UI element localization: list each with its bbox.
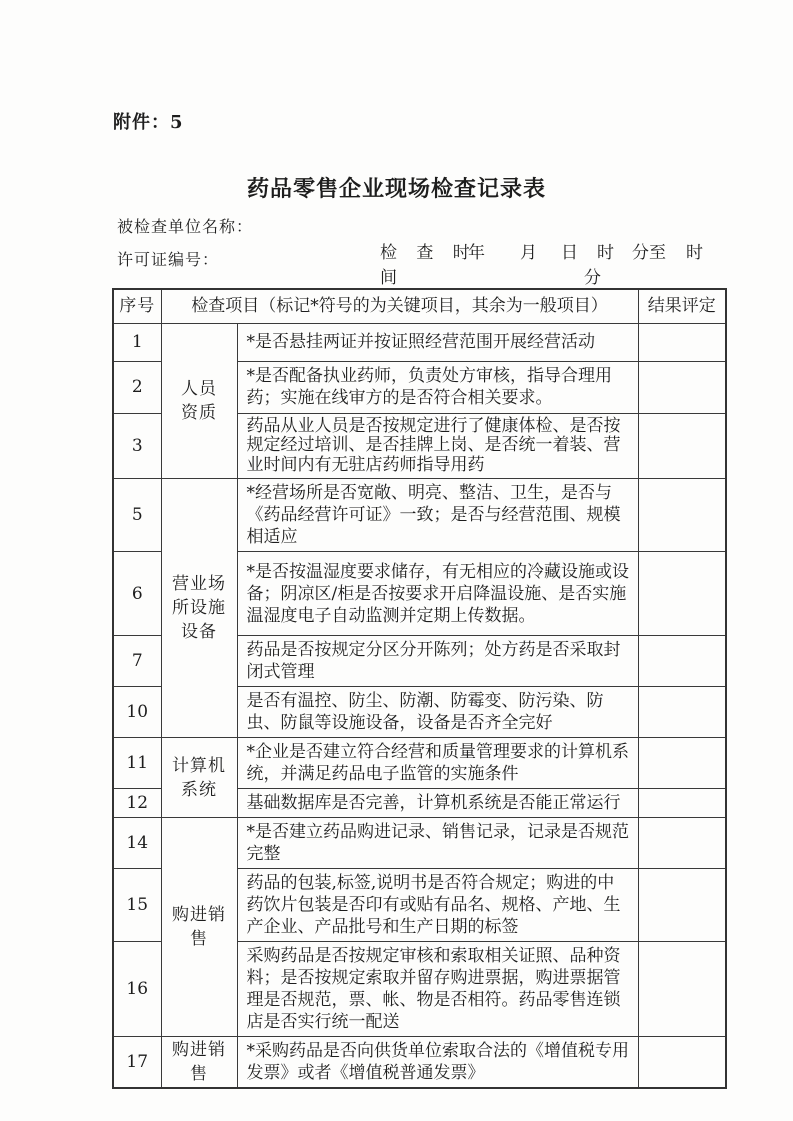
seq-cell: 6	[113, 552, 161, 636]
item-text-cell: *企业是否建立符合经营和质量管理要求的计算机系统，并满足药品电子监管的实施条件	[237, 738, 638, 789]
category-cell-purchase-sales: 购进销 售	[161, 818, 237, 1037]
item-text-cell: *经营场所是否宽敞、明亮、整洁、卫生，是否与《药品经营许可证》一致；是否与经营范…	[237, 479, 638, 552]
table-row: 17 购进销 售 *采购药品是否向供货单位索取合法的《增值税专用发票》或者《增值…	[113, 1037, 726, 1089]
inspection-time-label-line1: 检 查 时	[380, 238, 477, 263]
time-minute-end-label: 分	[584, 263, 601, 288]
item-text-cell: *是否按温湿度要求储存，有无相应的冷藏设施或设备；阴凉区/柜是否按要求开启降温设…	[237, 552, 638, 636]
license-number-label: 许可证编号：	[117, 247, 219, 270]
table-header-row: 序号 检查项目（标记*符号的为关键项目，其余为一般项目） 结果评定	[113, 289, 726, 323]
result-cell	[638, 413, 726, 479]
seq-cell: 2	[113, 361, 161, 413]
table-row: 1 人员 资质 *是否悬挂两证并按证照经营范围开展经营活动	[113, 323, 726, 361]
result-cell	[638, 361, 726, 413]
document-page: 附件：5 药品零售企业现场检查记录表 被检查单位名称： 许可证编号： 检 查 时…	[0, 0, 793, 1121]
result-cell	[638, 738, 726, 789]
seq-cell: 12	[113, 789, 161, 818]
category-cell-computer-system: 计算机 系统	[161, 738, 237, 818]
seq-cell: 3	[113, 413, 161, 479]
item-text-cell: *是否建立药品购进记录、销售记录，记录是否规范完整	[237, 818, 638, 869]
seq-cell: 10	[113, 687, 161, 738]
result-cell	[638, 1037, 726, 1089]
attachment-label: 附件：5	[113, 108, 184, 134]
seq-cell: 15	[113, 869, 161, 942]
time-hour-end-label: 时	[686, 238, 703, 263]
inspection-time-label-line2: 间	[380, 263, 397, 288]
seq-cell: 7	[113, 636, 161, 687]
page-title: 药品零售企业现场检查记录表	[0, 172, 793, 203]
result-cell	[638, 552, 726, 636]
seq-cell: 5	[113, 479, 161, 552]
column-header-item: 检查项目（标记*符号的为关键项目，其余为一般项目）	[161, 289, 638, 323]
category-cell-personnel: 人员 资质	[161, 323, 237, 479]
seq-cell: 17	[113, 1037, 161, 1089]
item-text-cell: *是否悬挂两证并按证照经营范围开展经营活动	[237, 323, 638, 361]
item-text-cell: *采购药品是否向供货单位索取合法的《增值税专用发票》或者《增值税普通发票》	[237, 1037, 638, 1089]
item-text-cell: *是否配备执业药师，负责处方审核，指导合理用药；实施在线审方的是否符合相关要求。	[237, 361, 638, 413]
column-header-seq: 序号	[113, 289, 161, 323]
item-text-cell: 药品的包装,标签,说明书是否符合规定；购进的中药饮片包装是否印有或贴有品名、规格…	[237, 869, 638, 942]
table-row: 11 计算机 系统 *企业是否建立符合经营和质量管理要求的计算机系统，并满足药品…	[113, 738, 726, 789]
time-year-label: 年	[468, 238, 485, 263]
item-text-cell: 采购药品是否按规定审核和索取相关证照、品种资料；是否按规定索取并留存购进票据，购…	[237, 942, 638, 1037]
result-cell	[638, 323, 726, 361]
result-cell	[638, 869, 726, 942]
seq-cell: 16	[113, 942, 161, 1037]
time-hour-label: 时	[597, 238, 614, 263]
item-text-cell: 是否有温控、防尘、防潮、防霉变、防污染、防虫、防鼠等设施设备，设备是否齐全完好	[237, 687, 638, 738]
item-text-cell: 药品从业人员是否按规定进行了健康体检、是否按规定经过培训、是否挂牌上岗、是否统一…	[237, 413, 638, 479]
category-cell-purchase-sales-2: 购进销 售	[161, 1037, 237, 1089]
result-cell	[638, 687, 726, 738]
inspected-unit-name-label: 被检查单位名称：	[117, 214, 253, 237]
category-cell-premises: 营业场 所设施 设备	[161, 479, 237, 738]
item-text-cell: 基础数据库是否完善，计算机系统是否能正常运行	[237, 789, 638, 818]
seq-cell: 14	[113, 818, 161, 869]
seq-cell: 11	[113, 738, 161, 789]
inspection-record-table: 序号 检查项目（标记*符号的为关键项目，其余为一般项目） 结果评定 1 人员 资…	[112, 288, 727, 1089]
result-cell	[638, 789, 726, 818]
time-minute-to-label: 分至	[632, 238, 666, 263]
table-row: 14 购进销 售 *是否建立药品购进记录、销售记录，记录是否规范完整	[113, 818, 726, 869]
time-month-label: 月	[520, 238, 537, 263]
result-cell	[638, 479, 726, 552]
result-cell	[638, 818, 726, 869]
seq-cell: 1	[113, 323, 161, 361]
column-header-result: 结果评定	[638, 289, 726, 323]
table-row: 5 营业场 所设施 设备 *经营场所是否宽敞、明亮、整洁、卫生，是否与《药品经营…	[113, 479, 726, 552]
item-text-cell: 药品是否按规定分区分开陈列；处方药是否采取封闭式管理	[237, 636, 638, 687]
time-day-label: 日	[561, 238, 578, 263]
result-cell	[638, 636, 726, 687]
result-cell	[638, 942, 726, 1037]
